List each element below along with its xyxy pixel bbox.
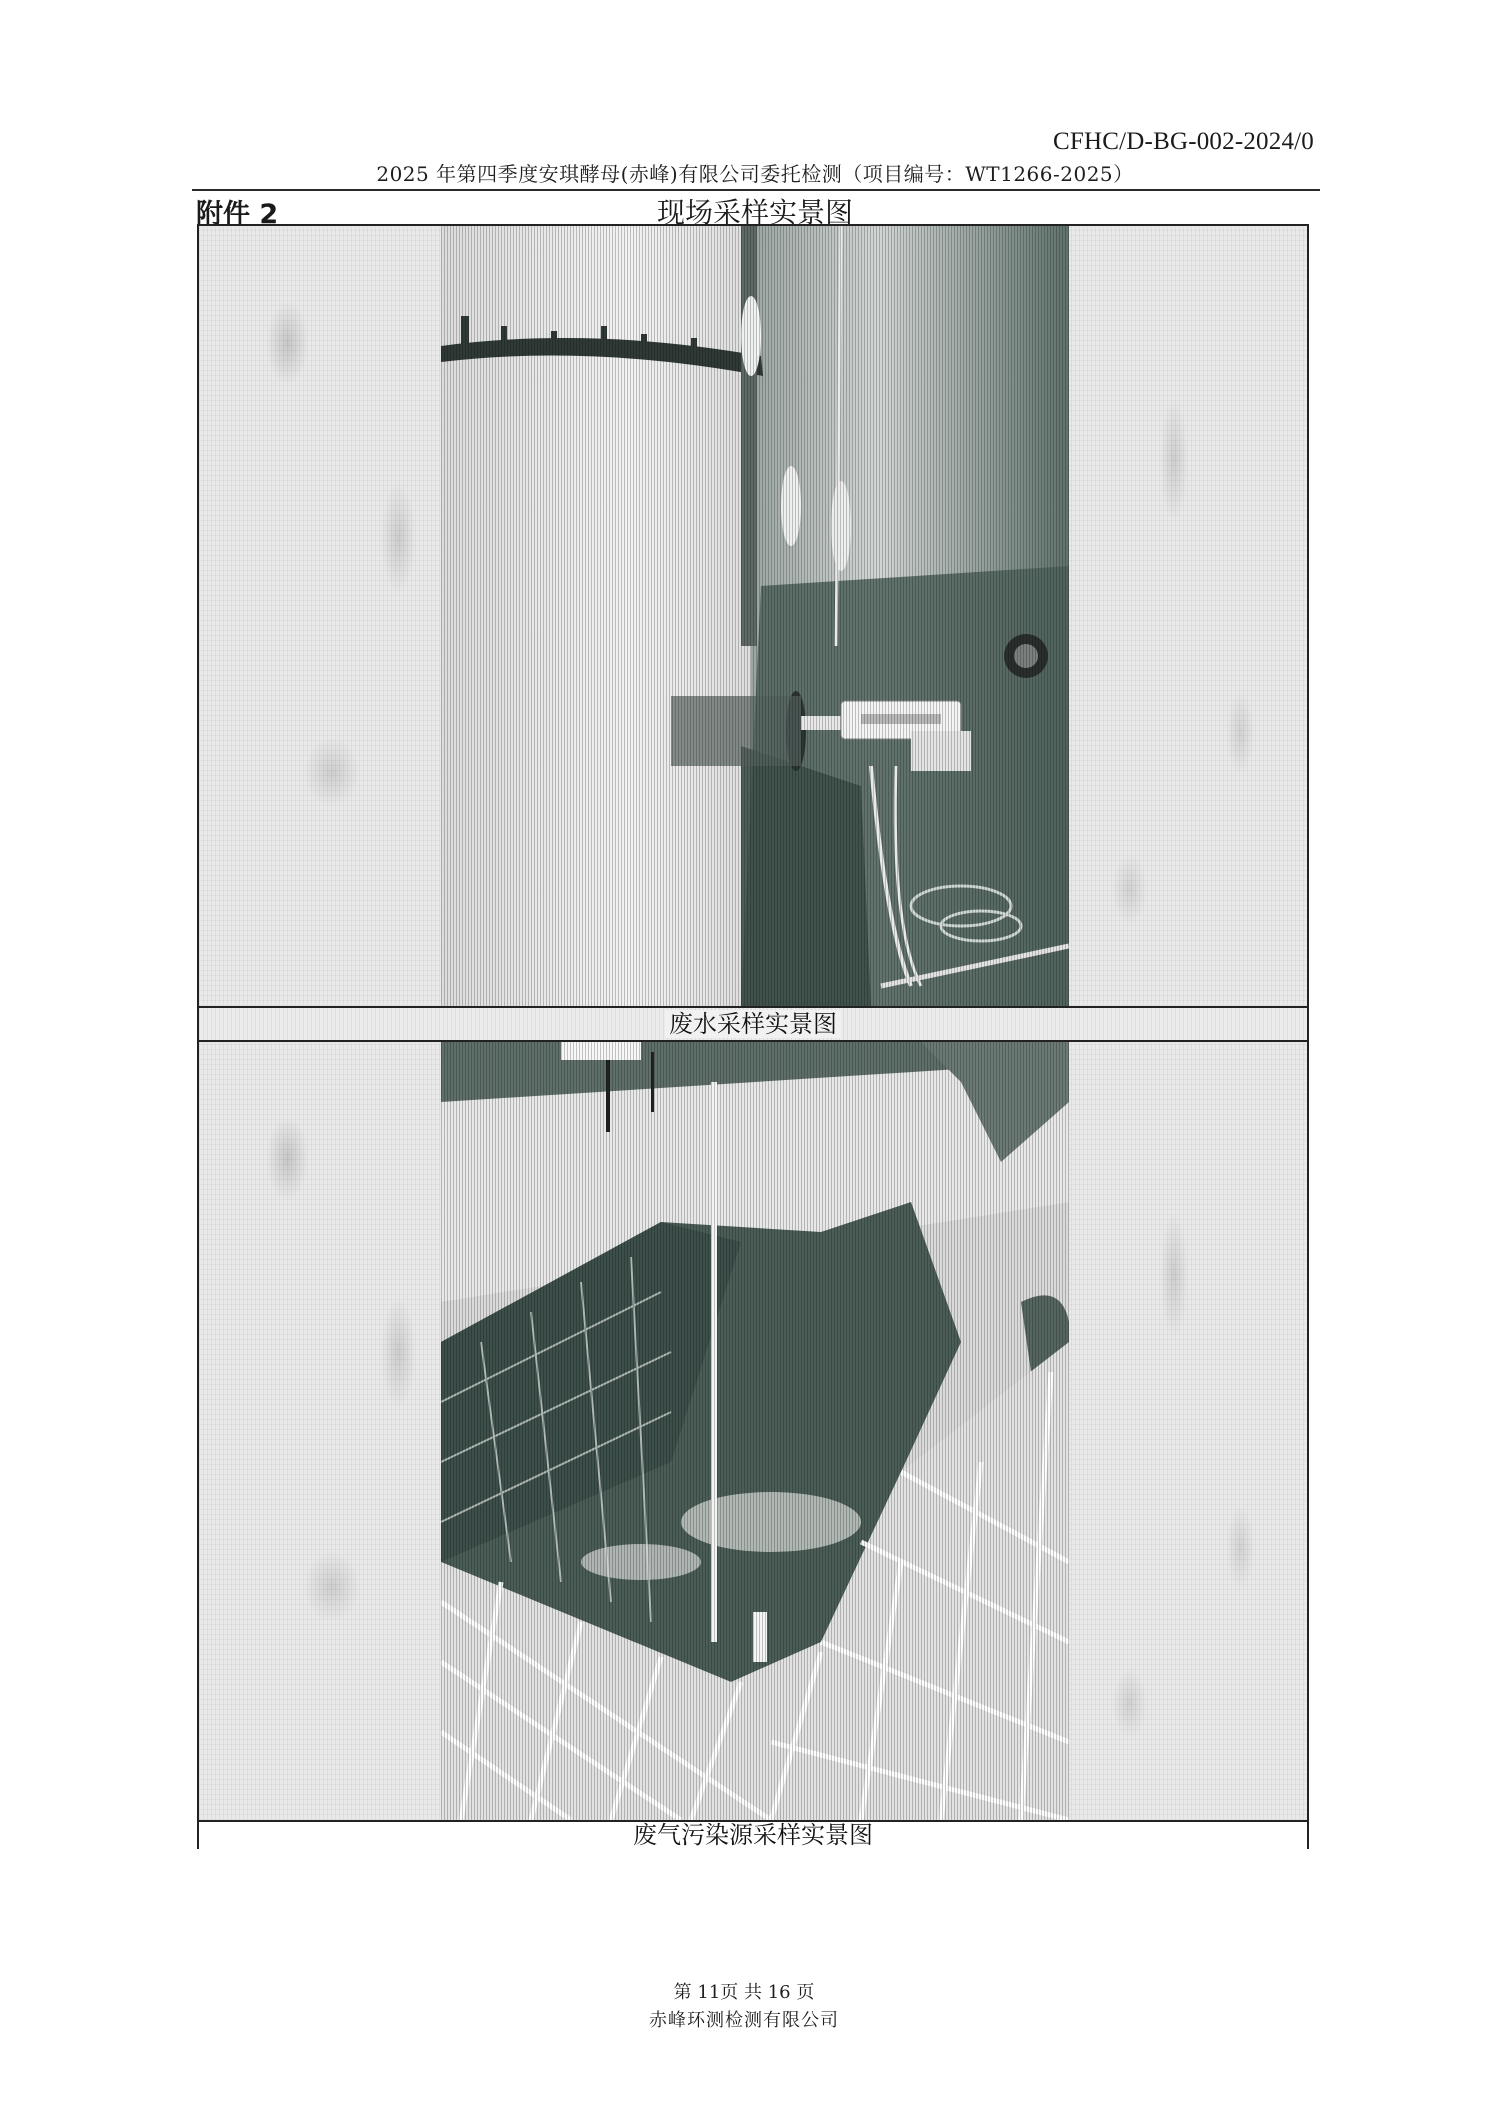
caption-waste-gas: 废气污染源采样实景图 (199, 1820, 1307, 1849)
footer-page-indicator: 第 11页 共 16 页 (0, 1978, 1488, 2004)
photo-panel-wastewater (199, 226, 1307, 1006)
photo-waste-gas-sampling (441, 1042, 1069, 1820)
footer-company: 赤峰环测检测有限公司 (0, 2006, 1488, 2032)
doc-code: CFHC/D-BG-002-2024/0 (1053, 128, 1314, 156)
photo-table: 废水采样实景图 (197, 224, 1309, 1849)
caption-waste-gas-text: 废气污染源采样实景图 (633, 1821, 873, 1849)
header-title: 2025 年第四季度安琪酵母(赤峰)有限公司委托检测（项目编号：WT1266-2… (190, 158, 1320, 187)
photo-panel-waste-gas (199, 1042, 1307, 1820)
wastewater-photo-illustration (441, 226, 1069, 1006)
caption-wastewater: 废水采样实景图 (199, 1006, 1307, 1042)
waste-gas-photo-illustration (441, 1042, 1069, 1820)
photo-wastewater-sampling (441, 226, 1069, 1006)
caption-wastewater-text: 废水采样实景图 (665, 1010, 841, 1038)
